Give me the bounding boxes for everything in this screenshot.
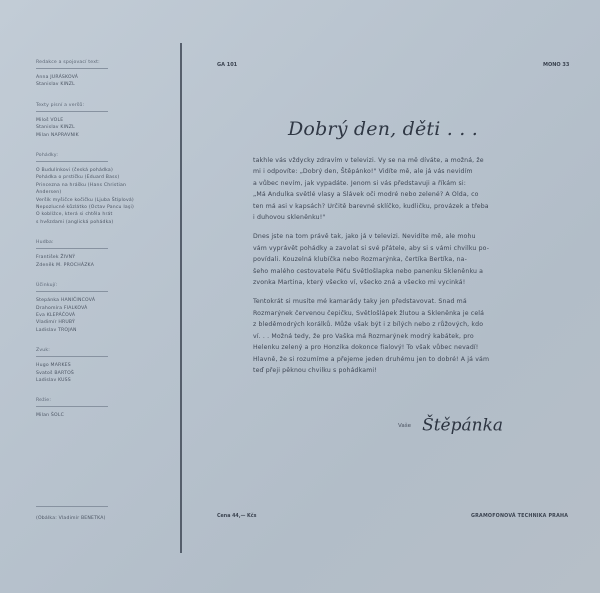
text-line: vám vyprávět pohádky a zavolat si své př… [253, 243, 535, 254]
credits-section: Texty písní a veršů:Miloš VOLEStanislav … [36, 103, 176, 139]
paragraph: takhle vás vždycky zdravím v televizi. V… [253, 155, 535, 223]
credit-item: Stepánka HANIČINCOVÁ [36, 297, 176, 304]
liner-notes: takhle vás vždycky zdravím v televizi. V… [253, 155, 535, 384]
section-heading: Hudba: [36, 240, 108, 249]
record-sleeve-back: Redakce a spojovací text:Anna JURÁSKOVÁS… [0, 0, 600, 593]
credit-item: Miloš VOLE [36, 117, 176, 124]
text-line: šeho malého cestovatele Péťu Světlošlapk… [253, 266, 535, 277]
credit-item: František ŽIVNÝ [36, 254, 176, 261]
credit-item: Ladislav KUSS [36, 377, 176, 384]
text-line: Tentokrát si musíte mé kamarády taky jen… [253, 296, 535, 307]
paragraph: Dnes jste na tom právě tak, jako já v te… [253, 231, 535, 288]
signature: Vaše Štěpánka [398, 415, 503, 436]
text-line: Helenku zelený a pro Honzíka dokonce fia… [253, 342, 535, 353]
text-line: Dnes jste na tom právě tak, jako já v te… [253, 231, 535, 242]
paragraph: Tentokrát si musíte mé kamarády taky jen… [253, 296, 535, 376]
vertical-divider [180, 43, 182, 553]
credits-section: Účinkují:Stepánka HANIČINCOVÁDrahomíra F… [36, 283, 176, 334]
credit-item: Vladimír HRUBÝ [36, 319, 176, 326]
credits-section: Režie:Milan ŠOLC [36, 398, 176, 419]
text-line: ví. . . Možná tedy, že pro Vaška má Rozm… [253, 331, 535, 342]
section-heading: Účinkují: [36, 283, 108, 292]
format-label: MONO 33 [543, 62, 569, 68]
credit-item: Andersen) [36, 189, 176, 196]
text-line: „Má Andulka světlé vlasy a Slávek oči mo… [253, 189, 535, 200]
credits-section: Zvuk:Hugo MARKESSvatoš BARTOŠLadislav KU… [36, 348, 176, 384]
price-label: Cena 44,— Kčs [217, 514, 256, 519]
section-heading: Texty písní a veršů: [36, 103, 108, 112]
credit-item: Stanislav KINZL [36, 124, 176, 131]
cover-credit-rule [36, 506, 108, 507]
credit-item: Nepozlucné kůzlátko (Octav Pancu Iaşi) [36, 204, 176, 211]
text-line: teď přeji pěknou chvilku s pohádkami! [253, 365, 535, 376]
section-heading: Zvuk: [36, 348, 108, 357]
credits-column: Redakce a spojovací text:Anna JURÁSKOVÁS… [36, 60, 176, 434]
credit-item: Anna JURÁSKOVÁ [36, 74, 176, 81]
credit-item: O Budulínkovi (česká pohádka) [36, 167, 176, 174]
text-line: i duhovou skleněnku!" [253, 212, 535, 223]
cover-credit: (Obálka: Vladimír BENETKA) [36, 506, 108, 522]
credits-section: Redakce a spojovací text:Anna JURÁSKOVÁS… [36, 60, 176, 89]
credit-item: Svatoš BARTOŠ [36, 370, 176, 377]
text-line: z bleděmodrých korálků. Může však být i … [253, 319, 535, 330]
publisher-label: GRAMOFONOVÁ TECHNIKA PRAHA [471, 514, 568, 519]
catalog-number: GA 101 [217, 62, 237, 68]
credit-item: Milan NAPRAVNIK [36, 132, 176, 139]
text-line: zvonka Martina, který všecko ví, všecko … [253, 277, 535, 288]
signature-name: Štěpánka [422, 416, 503, 436]
credits-section: Pohádky:O Budulínkovi (česká pohádka)Poh… [36, 153, 176, 226]
credit-item: Hugo MARKES [36, 362, 176, 369]
section-heading: Režie: [36, 398, 108, 407]
credit-item: O koblížce, která si chtěla hrát [36, 211, 176, 218]
credit-item: Zdeněk M. PROCHÁZKA [36, 262, 176, 269]
cover-credit-text: (Obálka: Vladimír BENETKA) [36, 515, 108, 522]
credit-item: Princezna na hrášku (Hans Christian [36, 182, 176, 189]
text-line: takhle vás vždycky zdravím v televizi. V… [253, 155, 535, 166]
credit-item: Eva KLEPÁČOVÁ [36, 312, 176, 319]
section-heading: Redakce a spojovací text: [36, 60, 108, 69]
credit-item: Ladislav TROJAN [36, 327, 176, 334]
text-line: Hlavně, že si rozumíme a přejeme jeden d… [253, 354, 535, 365]
credit-item: Veršík myšičce kočičku (Ljuba Štíplová) [36, 197, 176, 204]
credit-item: Pohádka o prstíčku (Eduard Bass) [36, 174, 176, 181]
credit-item: Drahomíra FIALKOVÁ [36, 305, 176, 312]
credit-item: s hvězdami (anglická pohádka) [36, 219, 176, 226]
text-line: mi i odpovíte: „Dobrý den, Štěpánko!" Vi… [253, 166, 535, 177]
signature-prefix: Vaše [398, 423, 411, 429]
text-line: a vůbec nevím, jak vypadáte. Jenom si vá… [253, 178, 535, 189]
text-line: povídali. Kouzelná klubíčka nebo Rozmarý… [253, 254, 535, 265]
credit-item: Milan ŠOLC [36, 412, 176, 419]
page-title: Dobrý den, děti . . . [288, 118, 478, 140]
credits-section: Hudba:František ŽIVNÝZdeněk M. PROCHÁZKA [36, 240, 176, 269]
credit-item: Stanislav KINZL [36, 81, 176, 88]
section-heading: Pohádky: [36, 153, 108, 162]
text-line: ten má asi v kapsách? Určitě barevné skl… [253, 201, 535, 212]
text-line: Rozmarýnek červenou čepičku, Světlošlápe… [253, 308, 535, 319]
